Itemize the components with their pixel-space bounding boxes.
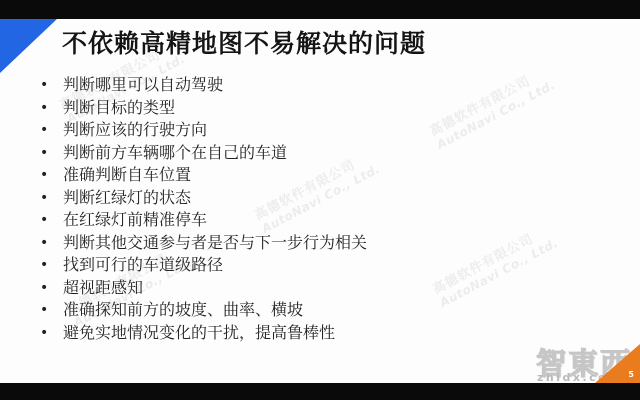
bullet-list: 判断哪里可以自动驾驶 判断目标的类型 判断应该的行驶方向 判断前方车辆哪个在自己… [36,74,616,344]
bullet-item: 判断红绿灯的状态 [36,187,616,210]
bullet-item: 超视距感知 [36,277,616,300]
slide-page-number: 5 [628,370,634,379]
bullet-item: 判断前方车辆哪个在自己的车道 [36,142,616,165]
bullet-item: 判断应该的行驶方向 [36,119,616,142]
slide-title: 不依赖高精地图不易解决的问题 [62,28,426,59]
bottom-black-bar [0,383,640,400]
blue-corner-accent [0,19,57,73]
bullet-item: 准确探知前方的坡度、曲率、横坡 [36,299,616,322]
presentation-slide: 不依赖高精地图不易解决的问题 判断哪里可以自动驾驶 判断目标的类型 判断应该的行… [0,0,640,400]
bullet-item: 判断哪里可以自动驾驶 [36,74,616,97]
top-black-bar [0,0,640,19]
bullet-item: 准确判断自车位置 [36,164,616,187]
bullet-item: 找到可行的车道级路径 [36,254,616,277]
bullet-item: 判断目标的类型 [36,97,616,120]
bullet-item: 判断其他交通参与者是否与下一步行为相关 [36,232,616,255]
bullet-item: 避免实地情况变化的干扰，提高鲁棒性 [36,322,616,345]
bullet-item: 在红绿灯前精准停车 [36,209,616,232]
